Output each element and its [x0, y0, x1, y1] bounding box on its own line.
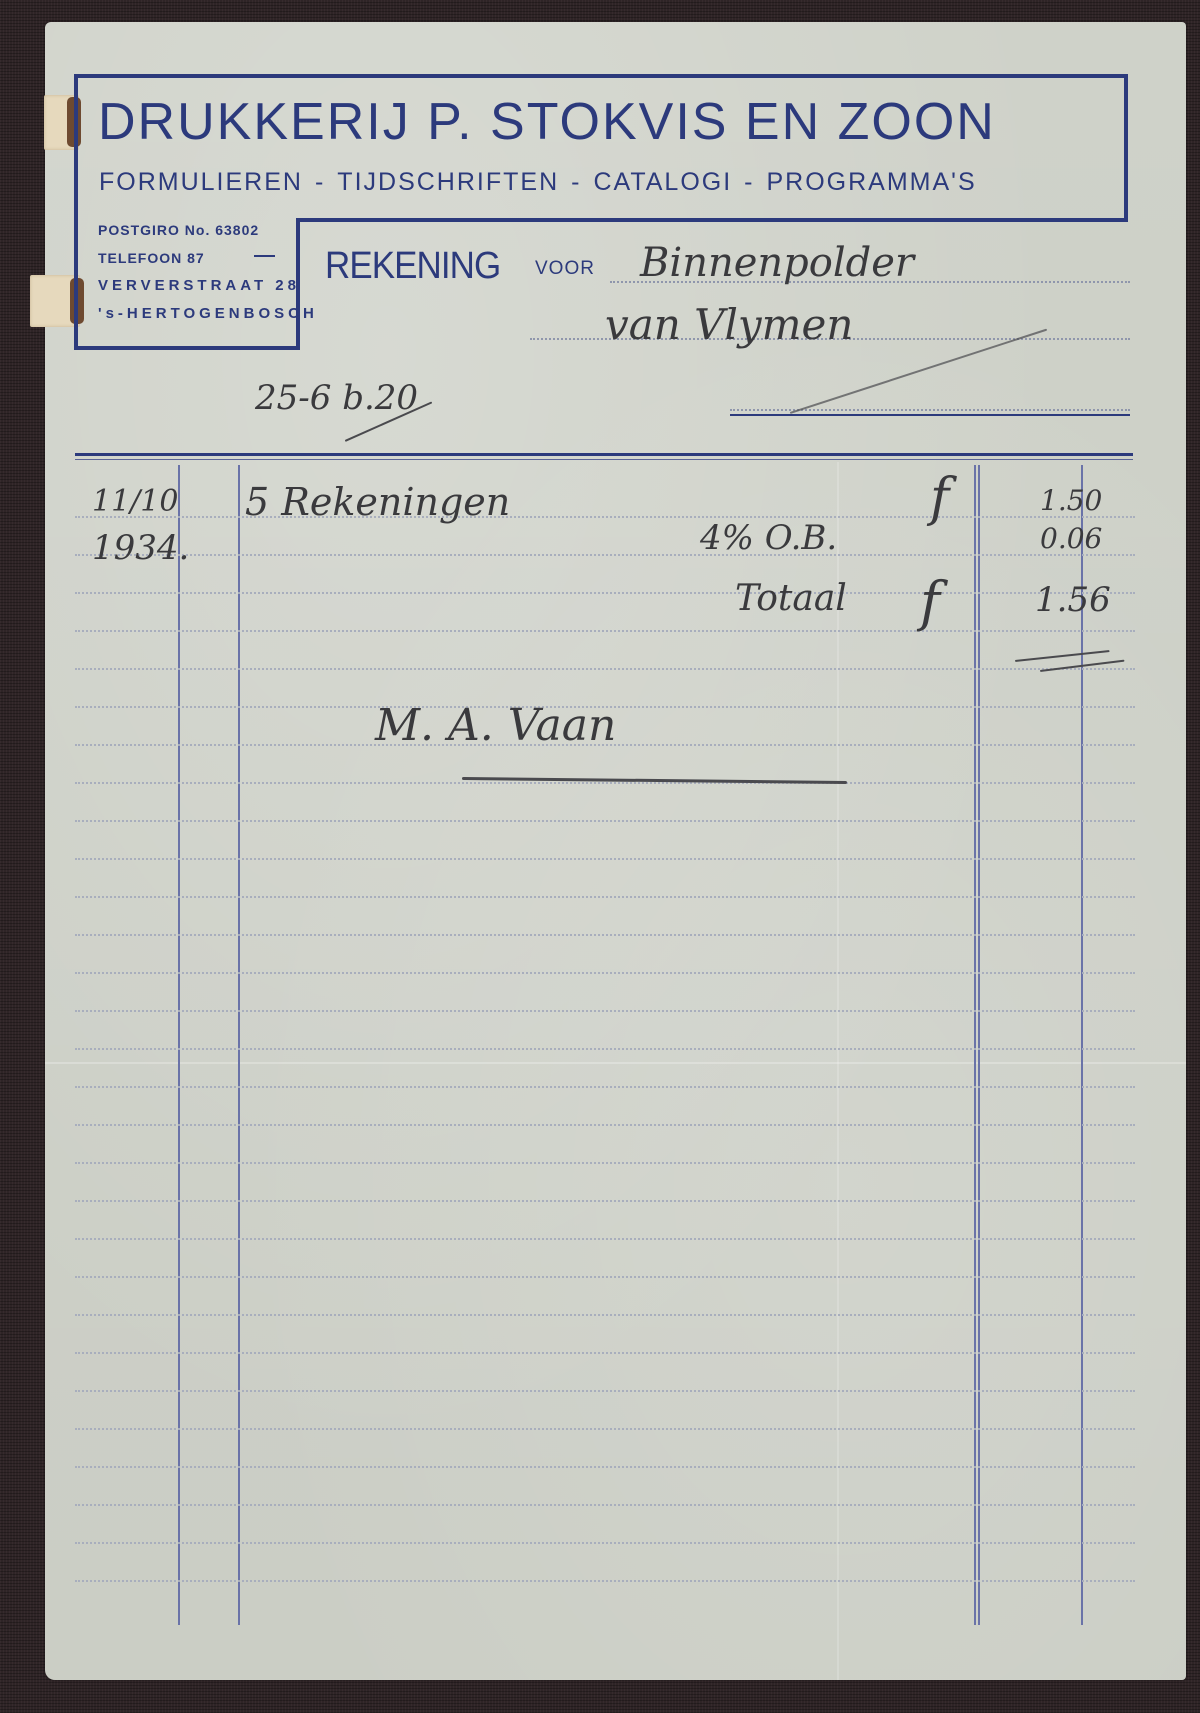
services-line: FORMULIEREN-TIJDSCHRIFTEN-CATALOGI-PROGR… [99, 167, 977, 197]
voor-label: VOOR [535, 258, 595, 280]
entry-amount: 1.50 [1040, 484, 1102, 517]
column-divider-date [178, 465, 180, 1625]
column-divider-cents [1081, 465, 1083, 1625]
fold-crease [837, 462, 839, 1680]
signature: M. A. Vaan [375, 700, 616, 751]
invoice-paper [45, 22, 1186, 1680]
entry-description: 5 Rekeningen [245, 480, 510, 524]
service-tijdschriften: TIJDSCHRIFTEN [337, 168, 559, 196]
entry-description: Totaal [735, 578, 847, 619]
entry-currency: f [930, 468, 949, 528]
table-top-rule [75, 453, 1133, 456]
service-formulieren: FORMULIEREN [99, 168, 303, 196]
postgiro-number: POSTGIRO No. 63802 [98, 222, 259, 238]
telephone-number: TELEFOON 87 [98, 250, 205, 266]
reference-note: 25-6 b.20 [255, 378, 418, 418]
entry-amount: 1.56 [1035, 580, 1111, 620]
city: 's-HERTOGENBOSCH [98, 305, 318, 322]
entry-description: 4% O.B. [700, 518, 837, 558]
recipient-underline [730, 414, 1130, 416]
recipient-name-2: van Vlymen [605, 300, 853, 349]
service-catalogi: CATALOGI [593, 168, 732, 196]
entry-amount: 0.06 [1040, 522, 1102, 555]
entry-date-day: 11/10 [92, 484, 178, 519]
column-divider-amount [974, 465, 976, 1625]
dash-mark [254, 255, 275, 257]
column-divider-desc [238, 465, 240, 1625]
entry-currency: f [920, 570, 940, 633]
service-programmas: PROGRAMMA'S [767, 168, 977, 196]
company-name: DRUKKERIJ P. STOKVIS EN ZOON [98, 92, 1108, 152]
column-divider-amount-double [978, 465, 980, 1625]
street-address: VERVERSTRAAT 28 [98, 277, 300, 294]
entry-date-year: 1934. [92, 528, 189, 568]
fold-crease [45, 1062, 1186, 1064]
recipient-name-1: Binnenpolder [640, 240, 914, 286]
invoice-heading: REKENING [325, 245, 500, 288]
table-top-rule-thin [75, 459, 1133, 460]
